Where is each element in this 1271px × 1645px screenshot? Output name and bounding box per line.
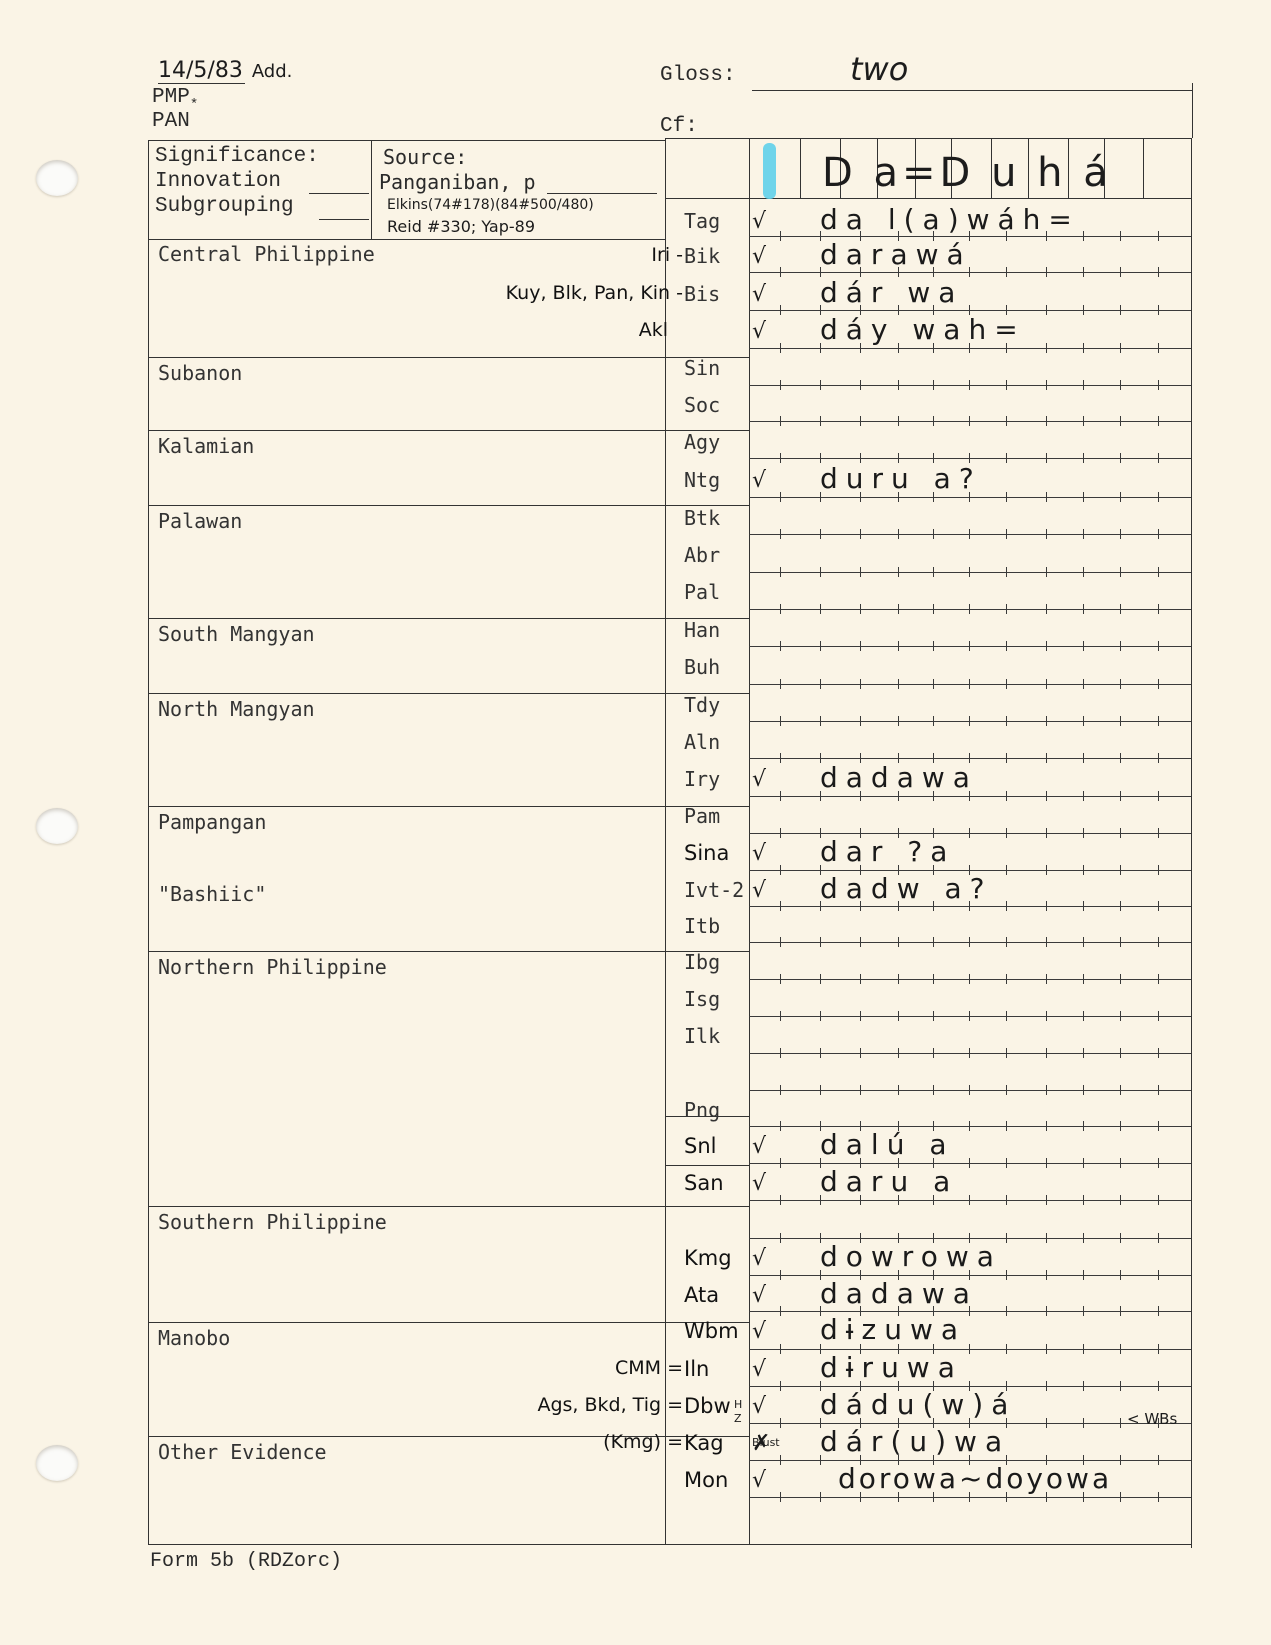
segment-tick — [1083, 1306, 1084, 1316]
segment-tick — [1158, 1455, 1159, 1465]
segment-tick — [860, 937, 861, 947]
segment-tick — [1046, 1121, 1047, 1131]
segment-tick — [1083, 416, 1084, 426]
language-code: Iry — [684, 767, 720, 791]
segment-tick — [780, 453, 781, 463]
check-mark-icon[interactable]: √ — [752, 244, 766, 269]
segment-tick — [780, 753, 781, 763]
segment-tick — [1083, 343, 1084, 353]
segment-tick — [860, 716, 861, 726]
reflex-form[interactable]: dár wa — [820, 276, 963, 309]
segment-tick — [860, 679, 861, 689]
segment-tick — [1083, 567, 1084, 577]
row-baseline — [749, 1163, 1191, 1164]
segment-tick — [898, 1048, 899, 1058]
segment-tick — [933, 529, 934, 539]
segment-tick — [780, 305, 781, 315]
language-code: Pal — [684, 580, 720, 604]
header-row-top — [665, 138, 1192, 139]
language-code: Ibg — [684, 950, 720, 974]
segment-tick — [1158, 1158, 1159, 1168]
segment-tick — [1083, 641, 1084, 651]
check-mark-icon[interactable]: √ — [752, 1394, 766, 1419]
check-mark-icon[interactable]: √ — [752, 282, 766, 307]
segment-tick — [969, 1344, 970, 1354]
segment-tick — [780, 1195, 781, 1205]
row-baseline — [749, 1497, 1191, 1498]
highlight-mark — [763, 143, 776, 199]
segment-tick — [1006, 1344, 1007, 1354]
language-code: Agy — [684, 430, 720, 454]
segment-tick — [1046, 974, 1047, 984]
source-box: Source: Panganiban, p Elkins(74#178)(84#… — [371, 140, 666, 240]
row-baseline — [749, 1090, 1191, 1091]
segment-tick — [1006, 1158, 1007, 1168]
segment-tick — [820, 679, 821, 689]
segment-tick — [933, 937, 934, 947]
segment-tick — [1006, 641, 1007, 651]
segment-tick — [1158, 1344, 1159, 1354]
gloss-value[interactable]: two — [850, 50, 908, 88]
segment-tick — [1006, 380, 1007, 390]
segment-tick — [1006, 1195, 1007, 1205]
check-mark-icon[interactable]: √ — [752, 1134, 766, 1159]
segment-tick — [1006, 343, 1007, 353]
segment-tick — [820, 1085, 821, 1095]
segment-tick — [1083, 937, 1084, 947]
segment-tick — [898, 529, 899, 539]
segment-tick — [969, 1306, 970, 1316]
language-code: Buh — [684, 655, 720, 679]
segment-tick — [1120, 753, 1121, 763]
segment-tick — [933, 343, 934, 353]
segment-tick — [1006, 567, 1007, 577]
segment-tick — [1120, 267, 1121, 277]
segment-tick — [933, 1011, 934, 1021]
segment-tick — [780, 641, 781, 651]
segment-tick — [1046, 1158, 1047, 1168]
segment-tick — [1006, 828, 1007, 838]
segment-tick — [1006, 267, 1007, 277]
segment-tick — [1120, 1195, 1121, 1205]
segment-tick — [898, 343, 899, 353]
language-code: Btk — [684, 506, 720, 530]
segment-tick — [1083, 974, 1084, 984]
group-label: Manobo — [158, 1326, 230, 1350]
segment-tick — [1083, 1233, 1084, 1243]
segment-tick — [1046, 716, 1047, 726]
reflex-form[interactable]: dádu(w)á — [820, 1388, 1016, 1421]
pan-label: PAN — [152, 110, 190, 133]
segment-tick — [1083, 901, 1084, 911]
group-separator — [148, 618, 750, 619]
row-baseline — [749, 609, 1191, 610]
language-code: Sin — [684, 356, 720, 380]
segment-tick — [898, 416, 899, 426]
segment-tick — [780, 1418, 781, 1428]
segment-tick — [1006, 1492, 1007, 1502]
segment-tick — [1120, 937, 1121, 947]
segment-tick — [780, 828, 781, 838]
row-baseline — [749, 1460, 1191, 1461]
segment-tick — [898, 641, 899, 651]
segment-tick — [898, 791, 899, 801]
segment-tick — [898, 937, 899, 947]
segment-tick — [1046, 937, 1047, 947]
reflex-form[interactable]: dár(u)wa — [820, 1425, 1010, 1458]
check-mark-icon[interactable]: √ — [752, 1319, 766, 1344]
check-mark-icon[interactable]: √ — [752, 1246, 766, 1271]
cf-label: Cf: — [660, 115, 698, 138]
language-code: Iln — [684, 1357, 709, 1381]
row-baseline — [749, 348, 1191, 349]
segment-tick — [820, 380, 821, 390]
check-mark-icon[interactable]: √ — [752, 878, 766, 903]
segment-tick — [1120, 716, 1121, 726]
segment-tick — [969, 380, 970, 390]
row-baseline — [749, 385, 1191, 386]
segment-tick — [933, 604, 934, 614]
check-mark-icon[interactable]: √ — [752, 319, 766, 344]
row-baseline — [749, 1386, 1191, 1387]
language-code: Itb — [684, 914, 720, 938]
row-baseline — [749, 942, 1191, 943]
check-mark-icon[interactable]: √ — [752, 209, 766, 234]
check-mark-icon[interactable]: √ — [752, 841, 766, 866]
row-baseline — [749, 1349, 1191, 1350]
reflex-form[interactable]: dalú a — [820, 1128, 955, 1161]
segment-tick — [780, 1381, 781, 1391]
segment-tick — [860, 567, 861, 577]
segment-tick — [820, 791, 821, 801]
segment-tick — [780, 267, 781, 277]
segment-tick — [820, 604, 821, 614]
group-label: Subanon — [158, 361, 242, 385]
segment-tick — [969, 1085, 970, 1095]
segment-tick — [1120, 231, 1121, 241]
segment-tick — [1158, 231, 1159, 241]
segment-tick — [933, 901, 934, 911]
segment-tick — [1046, 1011, 1047, 1021]
segment-tick — [780, 567, 781, 577]
check-mark-icon[interactable]: √ — [752, 1171, 766, 1196]
kag-subscript: Z — [734, 1412, 742, 1425]
reflex-form[interactable]: dɨruwa — [820, 1351, 963, 1384]
language-code: Snl — [684, 1134, 716, 1158]
segment-tick — [1006, 1270, 1007, 1280]
reflex-form[interactable]: dadw a? — [820, 872, 993, 905]
segment-tick — [1083, 305, 1084, 315]
language-code: Dbw — [684, 1394, 731, 1418]
segment-tick — [820, 937, 821, 947]
segment-tick — [1158, 453, 1159, 463]
row-baseline — [749, 796, 1191, 797]
segment-tick — [1120, 305, 1121, 315]
segment-tick — [969, 416, 970, 426]
row-baseline — [749, 1016, 1191, 1017]
segment-tick — [1120, 1011, 1121, 1021]
row-baseline — [749, 721, 1191, 722]
segment-tick — [1006, 1048, 1007, 1058]
segment-tick — [1158, 380, 1159, 390]
language-prefix: (Kmg) = — [603, 1431, 683, 1453]
segment-tick — [1120, 1158, 1121, 1168]
segment-tick — [820, 641, 821, 651]
segment-tick — [1046, 267, 1047, 277]
row-baseline — [749, 870, 1191, 871]
segment-tick — [1120, 453, 1121, 463]
segment-tick — [1046, 1344, 1047, 1354]
segment-tick — [969, 343, 970, 353]
segment-tick — [1046, 641, 1047, 651]
segment-tick — [1006, 791, 1007, 801]
check-mark-icon[interactable]: √ — [752, 1357, 766, 1382]
segment-tick — [969, 1158, 970, 1168]
subgrouping-label: Subgrouping — [155, 195, 294, 218]
segment-tick — [780, 492, 781, 502]
segment-tick — [1083, 604, 1084, 614]
segment-tick — [780, 380, 781, 390]
segment-tick — [969, 604, 970, 614]
segment-tick — [1158, 305, 1159, 315]
segment-tick — [933, 1195, 934, 1205]
segment-tick — [1083, 529, 1084, 539]
segment-tick — [1158, 1270, 1159, 1280]
segment-tick — [1158, 267, 1159, 277]
segment-tick — [820, 1195, 821, 1205]
source-blank — [547, 193, 657, 194]
segment-tick — [820, 974, 821, 984]
row-baseline — [749, 534, 1191, 535]
language-prefix: Iri - — [651, 244, 683, 266]
segment-tick — [780, 1233, 781, 1243]
reflex-form[interactable]: dɨzuwa — [820, 1313, 966, 1346]
date-value: 14/5/83 — [158, 58, 245, 84]
group-label: Southern Philippine — [158, 1210, 387, 1234]
reflex-form[interactable]: duru a? — [820, 462, 982, 495]
segment-tick — [1120, 1492, 1121, 1502]
segment-tick — [1046, 1418, 1047, 1428]
segment-tick — [1158, 1011, 1159, 1021]
gloss-box-right-edge — [1192, 83, 1193, 138]
segment-tick — [898, 679, 899, 689]
source-line-1: Panganiban, p — [379, 170, 536, 194]
segment-tick — [933, 641, 934, 651]
row-baseline — [749, 833, 1191, 834]
segment-tick — [1083, 267, 1084, 277]
segment-tick — [1046, 679, 1047, 689]
segment-tick — [820, 492, 821, 502]
row-baseline — [749, 236, 1191, 237]
segment-tick — [860, 343, 861, 353]
innovation-label: Innovation — [155, 170, 281, 193]
segment-tick — [1158, 791, 1159, 801]
row-baseline — [749, 421, 1191, 422]
reflex-form[interactable]: dorowa~doyowa — [838, 1462, 1112, 1495]
gloss-label: Gloss: — [660, 64, 736, 87]
segment-tick — [1006, 716, 1007, 726]
reflex-form[interactable]: darawá — [820, 238, 972, 271]
segment-tick — [1158, 1085, 1159, 1095]
code-separator — [665, 1165, 750, 1166]
group-label: North Mangyan — [158, 697, 315, 721]
segment-tick — [1083, 865, 1084, 875]
segment-tick — [1158, 679, 1159, 689]
segment-tick — [1046, 231, 1047, 241]
segment-tick — [780, 716, 781, 726]
segment-tick — [1083, 828, 1084, 838]
segment-tick — [1120, 380, 1121, 390]
segment-tick — [1158, 937, 1159, 947]
segment-tick — [780, 791, 781, 801]
segment-tick — [969, 567, 970, 577]
segment-tick — [780, 416, 781, 426]
reflex-form[interactable]: dadawa — [820, 761, 978, 794]
segment-tick — [969, 974, 970, 984]
segment-tick — [1120, 974, 1121, 984]
segment-tick — [1158, 1306, 1159, 1316]
segment-tick — [1158, 416, 1159, 426]
segment-tick — [898, 1011, 899, 1021]
segment-tick — [1006, 1121, 1007, 1131]
segment-tick — [820, 416, 821, 426]
segment-tick — [1120, 567, 1121, 577]
segment-tick — [969, 1011, 970, 1021]
segment-tick — [933, 1085, 934, 1095]
segment-tick — [969, 641, 970, 651]
segment-tick — [1046, 305, 1047, 315]
segment-tick — [860, 1048, 861, 1058]
row-baseline — [749, 758, 1191, 759]
segment-tick — [1158, 1195, 1159, 1205]
segment-tick — [969, 1492, 970, 1502]
reflex-form[interactable]: dowrowa — [820, 1240, 1002, 1273]
segment-tick — [1158, 828, 1159, 838]
segment-tick — [1158, 716, 1159, 726]
row-baseline — [749, 906, 1191, 907]
segment-tick — [1006, 753, 1007, 763]
segment-tick — [1046, 1381, 1047, 1391]
form-label: Form 5b (RDZorc) — [150, 1550, 342, 1573]
language-code: Ata — [684, 1283, 719, 1307]
segment-tick — [1120, 1270, 1121, 1280]
segment-tick — [1046, 753, 1047, 763]
row-baseline — [749, 1053, 1191, 1054]
language-code: San — [684, 1171, 724, 1195]
segment-tick — [780, 937, 781, 947]
subgrouping-blank[interactable] — [319, 219, 369, 220]
segment-tick — [969, 529, 970, 539]
segment-tick — [1158, 753, 1159, 763]
language-code: Bis — [684, 282, 720, 306]
segment-tick — [1046, 492, 1047, 502]
language-code: Pam — [684, 804, 720, 828]
check-mark-icon[interactable]: √ — [752, 468, 766, 493]
segment-tick — [1158, 1048, 1159, 1058]
language-prefix: Ags, Bkd, Tig = — [537, 1394, 683, 1416]
source-line-3: Reid #330; Yap-89 — [387, 217, 535, 236]
segment-tick — [1120, 529, 1121, 539]
language-code: Tdy — [684, 693, 720, 717]
segment-tick — [820, 567, 821, 577]
language-prefix: Kuy, Blk, Pan, Kin - — [506, 282, 683, 304]
segment-tick — [969, 828, 970, 838]
binder-hole-top — [36, 160, 78, 196]
segment-tick — [1006, 865, 1007, 875]
segment-tick — [1158, 1381, 1159, 1391]
segment-tick — [1120, 1344, 1121, 1354]
segment-tick — [1006, 416, 1007, 426]
group-separator — [148, 951, 750, 952]
group-label: Kalamian — [158, 434, 254, 458]
segment-tick — [898, 901, 899, 911]
language-code: Han — [684, 618, 720, 642]
segment-tick — [1046, 828, 1047, 838]
row-baseline — [749, 684, 1191, 685]
segment-tick — [1158, 1121, 1159, 1131]
segment-tick — [780, 343, 781, 353]
segment-tick — [898, 567, 899, 577]
language-code: Png — [684, 1098, 720, 1122]
segment-tick — [860, 974, 861, 984]
language-code: Mon — [684, 1468, 728, 1492]
segment-tick — [1006, 1085, 1007, 1095]
segment-tick — [1046, 791, 1047, 801]
segment-tick — [969, 1048, 970, 1058]
segment-tick — [1120, 416, 1121, 426]
segment-tick — [1120, 1306, 1121, 1316]
reflex-form[interactable]: dar ?a — [820, 835, 955, 868]
check-mark-icon[interactable]: √ — [752, 1283, 766, 1308]
language-code: Aln — [684, 730, 720, 754]
segment-tick — [1083, 1011, 1084, 1021]
segment-tick — [1083, 791, 1084, 801]
innovation-blank[interactable] — [309, 193, 369, 194]
segment-tick — [780, 1492, 781, 1502]
check-mark-icon[interactable]: √ — [752, 767, 766, 792]
language-code: Kag — [684, 1431, 724, 1455]
reflex-form[interactable]: dáy wah= — [820, 313, 1026, 346]
segment-tick — [933, 716, 934, 726]
segment-tick — [1120, 1381, 1121, 1391]
segment-tick — [1006, 974, 1007, 984]
language-code: Sina — [684, 841, 729, 865]
segment-tick — [1083, 1344, 1084, 1354]
segment-tick — [969, 901, 970, 911]
segment-tick — [1120, 1085, 1121, 1095]
segment-tick — [1083, 716, 1084, 726]
segment-tick — [1158, 492, 1159, 502]
segment-tick — [1120, 679, 1121, 689]
segment-tick — [969, 1121, 970, 1131]
segment-tick — [1083, 753, 1084, 763]
reflex-form[interactable]: da l(a)wáh= — [820, 203, 1080, 236]
reconstruction-cell-divider — [1143, 138, 1144, 198]
segment-tick — [820, 529, 821, 539]
kag-note: < WBs — [1127, 1410, 1177, 1428]
language-code: Kmg — [684, 1246, 732, 1270]
reflex-form[interactable]: daru a — [820, 1165, 958, 1198]
segment-tick — [898, 1195, 899, 1205]
segment-tick — [969, 492, 970, 502]
row-baseline — [749, 272, 1191, 273]
check-mark-icon[interactable]: √ — [752, 1468, 766, 1493]
segment-tick — [898, 1085, 899, 1095]
segment-tick — [1083, 1195, 1084, 1205]
segment-tick — [780, 231, 781, 241]
segment-tick — [1006, 937, 1007, 947]
segment-tick — [1083, 1158, 1084, 1168]
